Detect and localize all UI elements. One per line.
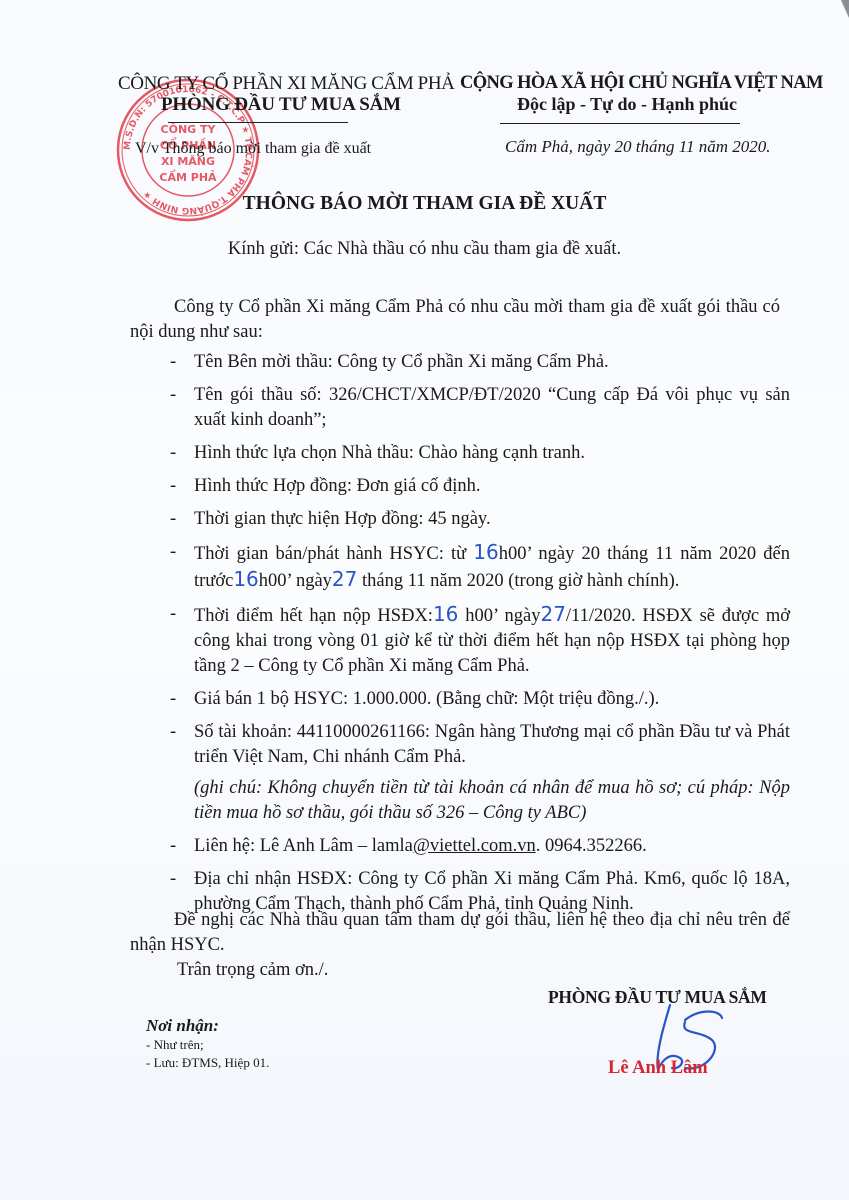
document-page: M.S.D.N: 5700101662 - C.T.C.P ★ TP.CẨM P…	[0, 0, 849, 1200]
signer-name: Lê Anh Lâm	[608, 1058, 708, 1079]
thanks-line: Trân trọng cảm ơn./.	[177, 960, 328, 981]
stamp-line-1: CÔNG TY	[161, 123, 217, 136]
list-item-deadline: - Thời điểm hết hạn nộp HSĐX:16 h00’ ngà…	[170, 602, 790, 679]
list-item-hsyc-period: - Thời gian bán/phát hành HSYC: từ 16h00…	[170, 540, 790, 594]
list-dash: -	[170, 687, 176, 712]
salutation: Kính gửi: Các Nhà thầu có nhu cầu tham g…	[0, 239, 849, 260]
recipients-title: Nơi nhận:	[146, 1016, 219, 1036]
item-text-part: Thời gian bán/phát hành HSYC: từ	[194, 544, 473, 564]
national-motto: Độc lập - Tự do - Hạnh phúc	[517, 94, 737, 115]
list-item-package: - Tên gói thầu số: 326/CHCT/XMCP/ĐT/2020…	[170, 383, 790, 433]
stamp-line-4: CẨM PHẢ	[159, 169, 217, 184]
list-item-bank-account: - Số tài khoản: 44110000261166: Ngân hàn…	[170, 720, 790, 826]
details-list: - Tên Bên mời thầu: Công ty Cổ phần Xi m…	[170, 350, 790, 925]
handwritten-value: 16	[233, 567, 258, 591]
list-item-selection-method: - Hình thức lựa chọn Nhà thầu: Chào hàng…	[170, 441, 790, 466]
list-dash: -	[170, 441, 176, 466]
department-name: PHÒNG ĐẦU TƯ MUA SẮM	[161, 94, 401, 116]
recipient-line: - Lưu: ĐTMS, Hiệp 01.	[146, 1055, 269, 1071]
list-item-inviter: - Tên Bên mời thầu: Công ty Cổ phần Xi m…	[170, 350, 790, 375]
intro-paragraph: Công ty Cổ phần Xi măng Cẩm Phả có nhu c…	[130, 295, 780, 345]
item-text: Giá bán 1 bộ HSYC: 1.000.000. (Bằng chữ:…	[194, 689, 659, 709]
list-dash: -	[170, 350, 176, 375]
handwritten-value: 16	[473, 540, 498, 564]
item-text: Hình thức Hợp đồng: Đơn giá cố định.	[194, 476, 481, 496]
header-divider-left	[168, 122, 348, 123]
list-dash: -	[170, 720, 176, 745]
handwritten-value: 27	[540, 602, 565, 626]
list-dash: -	[170, 834, 176, 859]
item-text: Hình thức lựa chọn Nhà thầu: Chào hàng c…	[194, 443, 585, 463]
email-link[interactable]: @viettel.com.vn	[413, 836, 536, 856]
list-dash: -	[170, 602, 176, 627]
recipient-line: - Như trên;	[146, 1037, 204, 1053]
date-line: Cẩm Phả, ngày 20 tháng 11 năm 2020.	[505, 137, 771, 157]
list-dash: -	[170, 867, 176, 892]
handwritten-value: 27	[332, 567, 357, 591]
handwritten-value: 16	[433, 602, 458, 626]
item-text-part: Thời điểm hết hạn nộp HSĐX:	[194, 606, 433, 626]
signing-department: PHÒNG ĐẦU TƯ MUA SẮM	[548, 987, 767, 1008]
payment-note: (ghi chú: Không chuyển tiền từ tài khoản…	[194, 776, 790, 826]
subject-line: V/v Thông báo mời tham gia đề xuất	[135, 140, 371, 158]
company-name: CÔNG TY CỔ PHẦN XI MĂNG CẨM PHẢ	[118, 73, 455, 95]
item-text-part: h00’ ngày	[458, 606, 540, 626]
list-item-contact: - Liên hệ: Lê Anh Lâm – lamla@viettel.co…	[170, 834, 790, 859]
item-text: Tên gói thầu số: 326/CHCT/XMCP/ĐT/2020 “…	[194, 385, 790, 430]
item-text-part: . 0964.352266.	[536, 836, 647, 856]
list-item-contract-duration: - Thời gian thực hiện Hợp đồng: 45 ngày.	[170, 507, 790, 532]
closing-paragraph: Đề nghị các Nhà thầu quan tâm tham dự gó…	[130, 908, 790, 958]
header-divider-right	[500, 123, 740, 124]
item-text-part: Liên hệ: Lê Anh Lâm – lamla	[194, 836, 413, 856]
page-corner-fold	[841, 0, 849, 18]
item-text-part: tháng 11 năm 2020 (trong giờ hành chính)…	[357, 571, 679, 591]
list-dash: -	[170, 507, 176, 532]
document-title: THÔNG BÁO MỜI THAM GIA ĐỀ XUẤT	[0, 193, 849, 215]
item-text-part: h00’ ngày	[259, 571, 332, 591]
national-title: CỘNG HÒA XÃ HỘI CHỦ NGHĨA VIỆT NAM	[460, 73, 823, 94]
list-item-price: - Giá bán 1 bộ HSYC: 1.000.000. (Bằng ch…	[170, 687, 790, 712]
list-dash: -	[170, 540, 176, 565]
item-text: Số tài khoản: 44110000261166: Ngân hàng …	[194, 722, 790, 767]
item-text: Tên Bên mời thầu: Công ty Cổ phần Xi măn…	[194, 352, 609, 372]
list-dash: -	[170, 383, 176, 408]
list-item-contract-type: - Hình thức Hợp đồng: Đơn giá cố định.	[170, 474, 790, 499]
list-dash: -	[170, 474, 176, 499]
item-text: Thời gian thực hiện Hợp đồng: 45 ngày.	[194, 509, 491, 529]
